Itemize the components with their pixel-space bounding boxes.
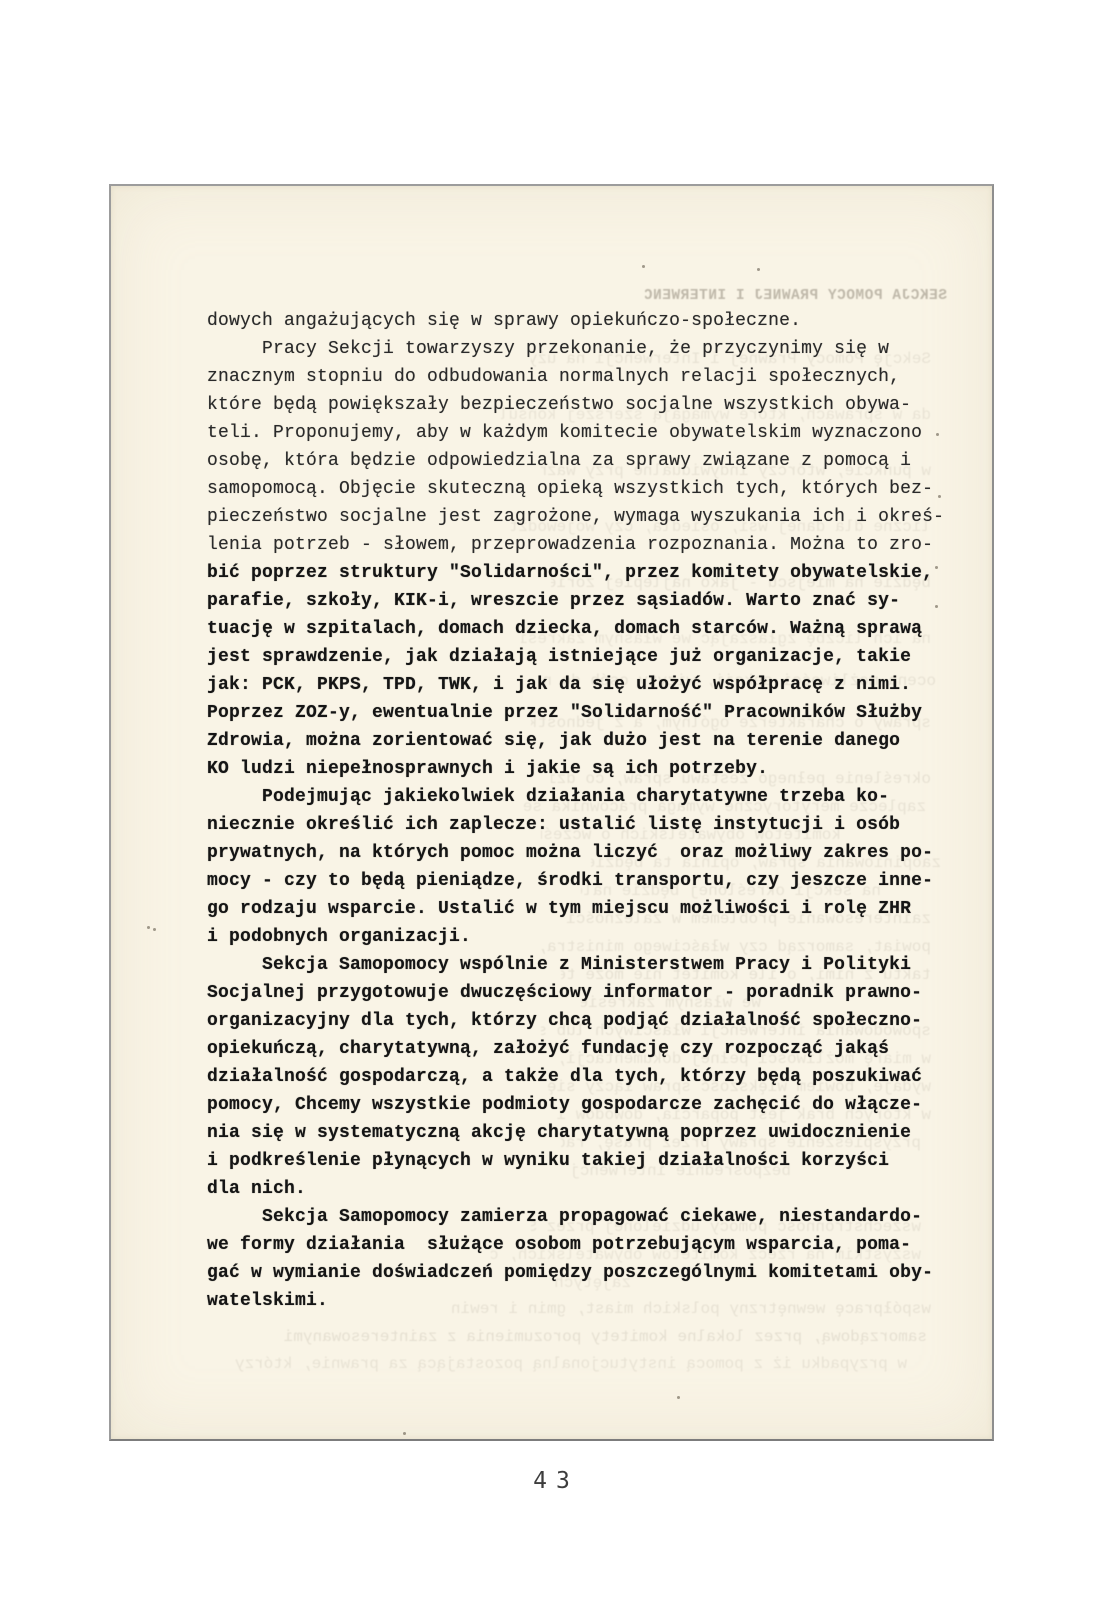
ink-speck [936,433,939,436]
scanned-document-page: SEKCJA POMOCY PRAWNEJ I INTERWENCJISekcj… [109,184,994,1441]
ink-speck [757,268,760,271]
ink-speck [642,265,645,268]
ink-speck [153,928,156,931]
page-number: 43 [109,1468,994,1494]
ink-speck [677,1396,680,1399]
ink-speck [935,605,938,608]
ink-specks-layer [111,186,992,1439]
ink-speck [147,926,150,929]
ink-speck [938,495,941,498]
pdf-page: SEKCJA POMOCY PRAWNEJ I INTERWENCJISekcj… [0,0,1103,1600]
ink-speck [935,566,938,569]
ink-speck [403,1432,406,1435]
